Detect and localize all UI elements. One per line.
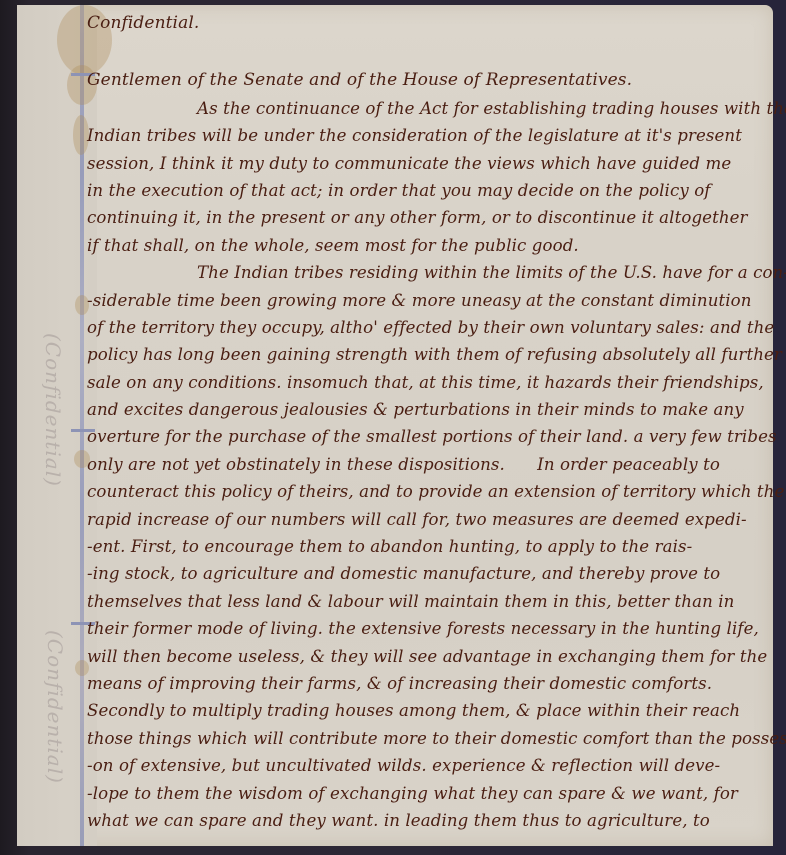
text-line: what we can spare and they want. in lead…	[87, 807, 767, 834]
text-line: only are not yet obstinately in these di…	[87, 451, 767, 478]
text-line: -on of extensive, but uncultivated wilds…	[87, 752, 767, 779]
text-line: themselves that less land & labour will …	[87, 588, 767, 615]
text-line: -ent. First, to encourage them to abando…	[87, 533, 767, 560]
manuscript-text: Confidential. Gentlemen of the Senate an…	[87, 10, 767, 834]
spacer	[87, 37, 767, 67]
text-line: sale on any conditions. insomuch that, a…	[87, 369, 767, 396]
text-line: their former mode of living. the extensi…	[87, 615, 767, 642]
text-line: The Indian tribes residing within the li…	[87, 259, 767, 286]
margin-note: (Confidential)	[41, 333, 65, 487]
text-line: -lope to them the wisdom of exchanging w…	[87, 780, 767, 807]
text-line: Secondly to multiply trading houses amon…	[87, 697, 767, 724]
text-line: of the territory they occupy, altho' eff…	[87, 314, 767, 341]
text-line: those things which will contribute more …	[87, 725, 767, 752]
margin-note: (Confidential)	[43, 630, 67, 784]
text-line: Indian tribes will be under the consider…	[87, 122, 767, 149]
confidential-label: Confidential.	[87, 10, 767, 37]
text-line: means of improving their farms, & of inc…	[87, 670, 767, 697]
text-line: overture for the purchase of the smalles…	[87, 423, 767, 450]
text-line: policy has long been gaining strength wi…	[87, 341, 767, 368]
salutation: Gentlemen of the Senate and of the House…	[87, 67, 767, 94]
text-line: -siderable time been growing more & more…	[87, 287, 767, 314]
text-line: rapid increase of our numbers will call …	[87, 506, 767, 533]
text-line: if that shall, on the whole, seem most f…	[87, 232, 767, 259]
text-line: -ing stock, to agriculture and domestic …	[87, 560, 767, 587]
text-line: continuing it, in the present or any oth…	[87, 204, 767, 231]
text-line: will then become useless, & they will se…	[87, 643, 767, 670]
text-line: counteract this policy of theirs, and to…	[87, 478, 767, 505]
text-line: and excites dangerous jealousies & pertu…	[87, 396, 767, 423]
text-line: in the execution of that act; in order t…	[87, 177, 767, 204]
text-line: session, I think it my duty to communica…	[87, 150, 767, 177]
text-line: As the continuance of the Act for establ…	[87, 95, 767, 122]
